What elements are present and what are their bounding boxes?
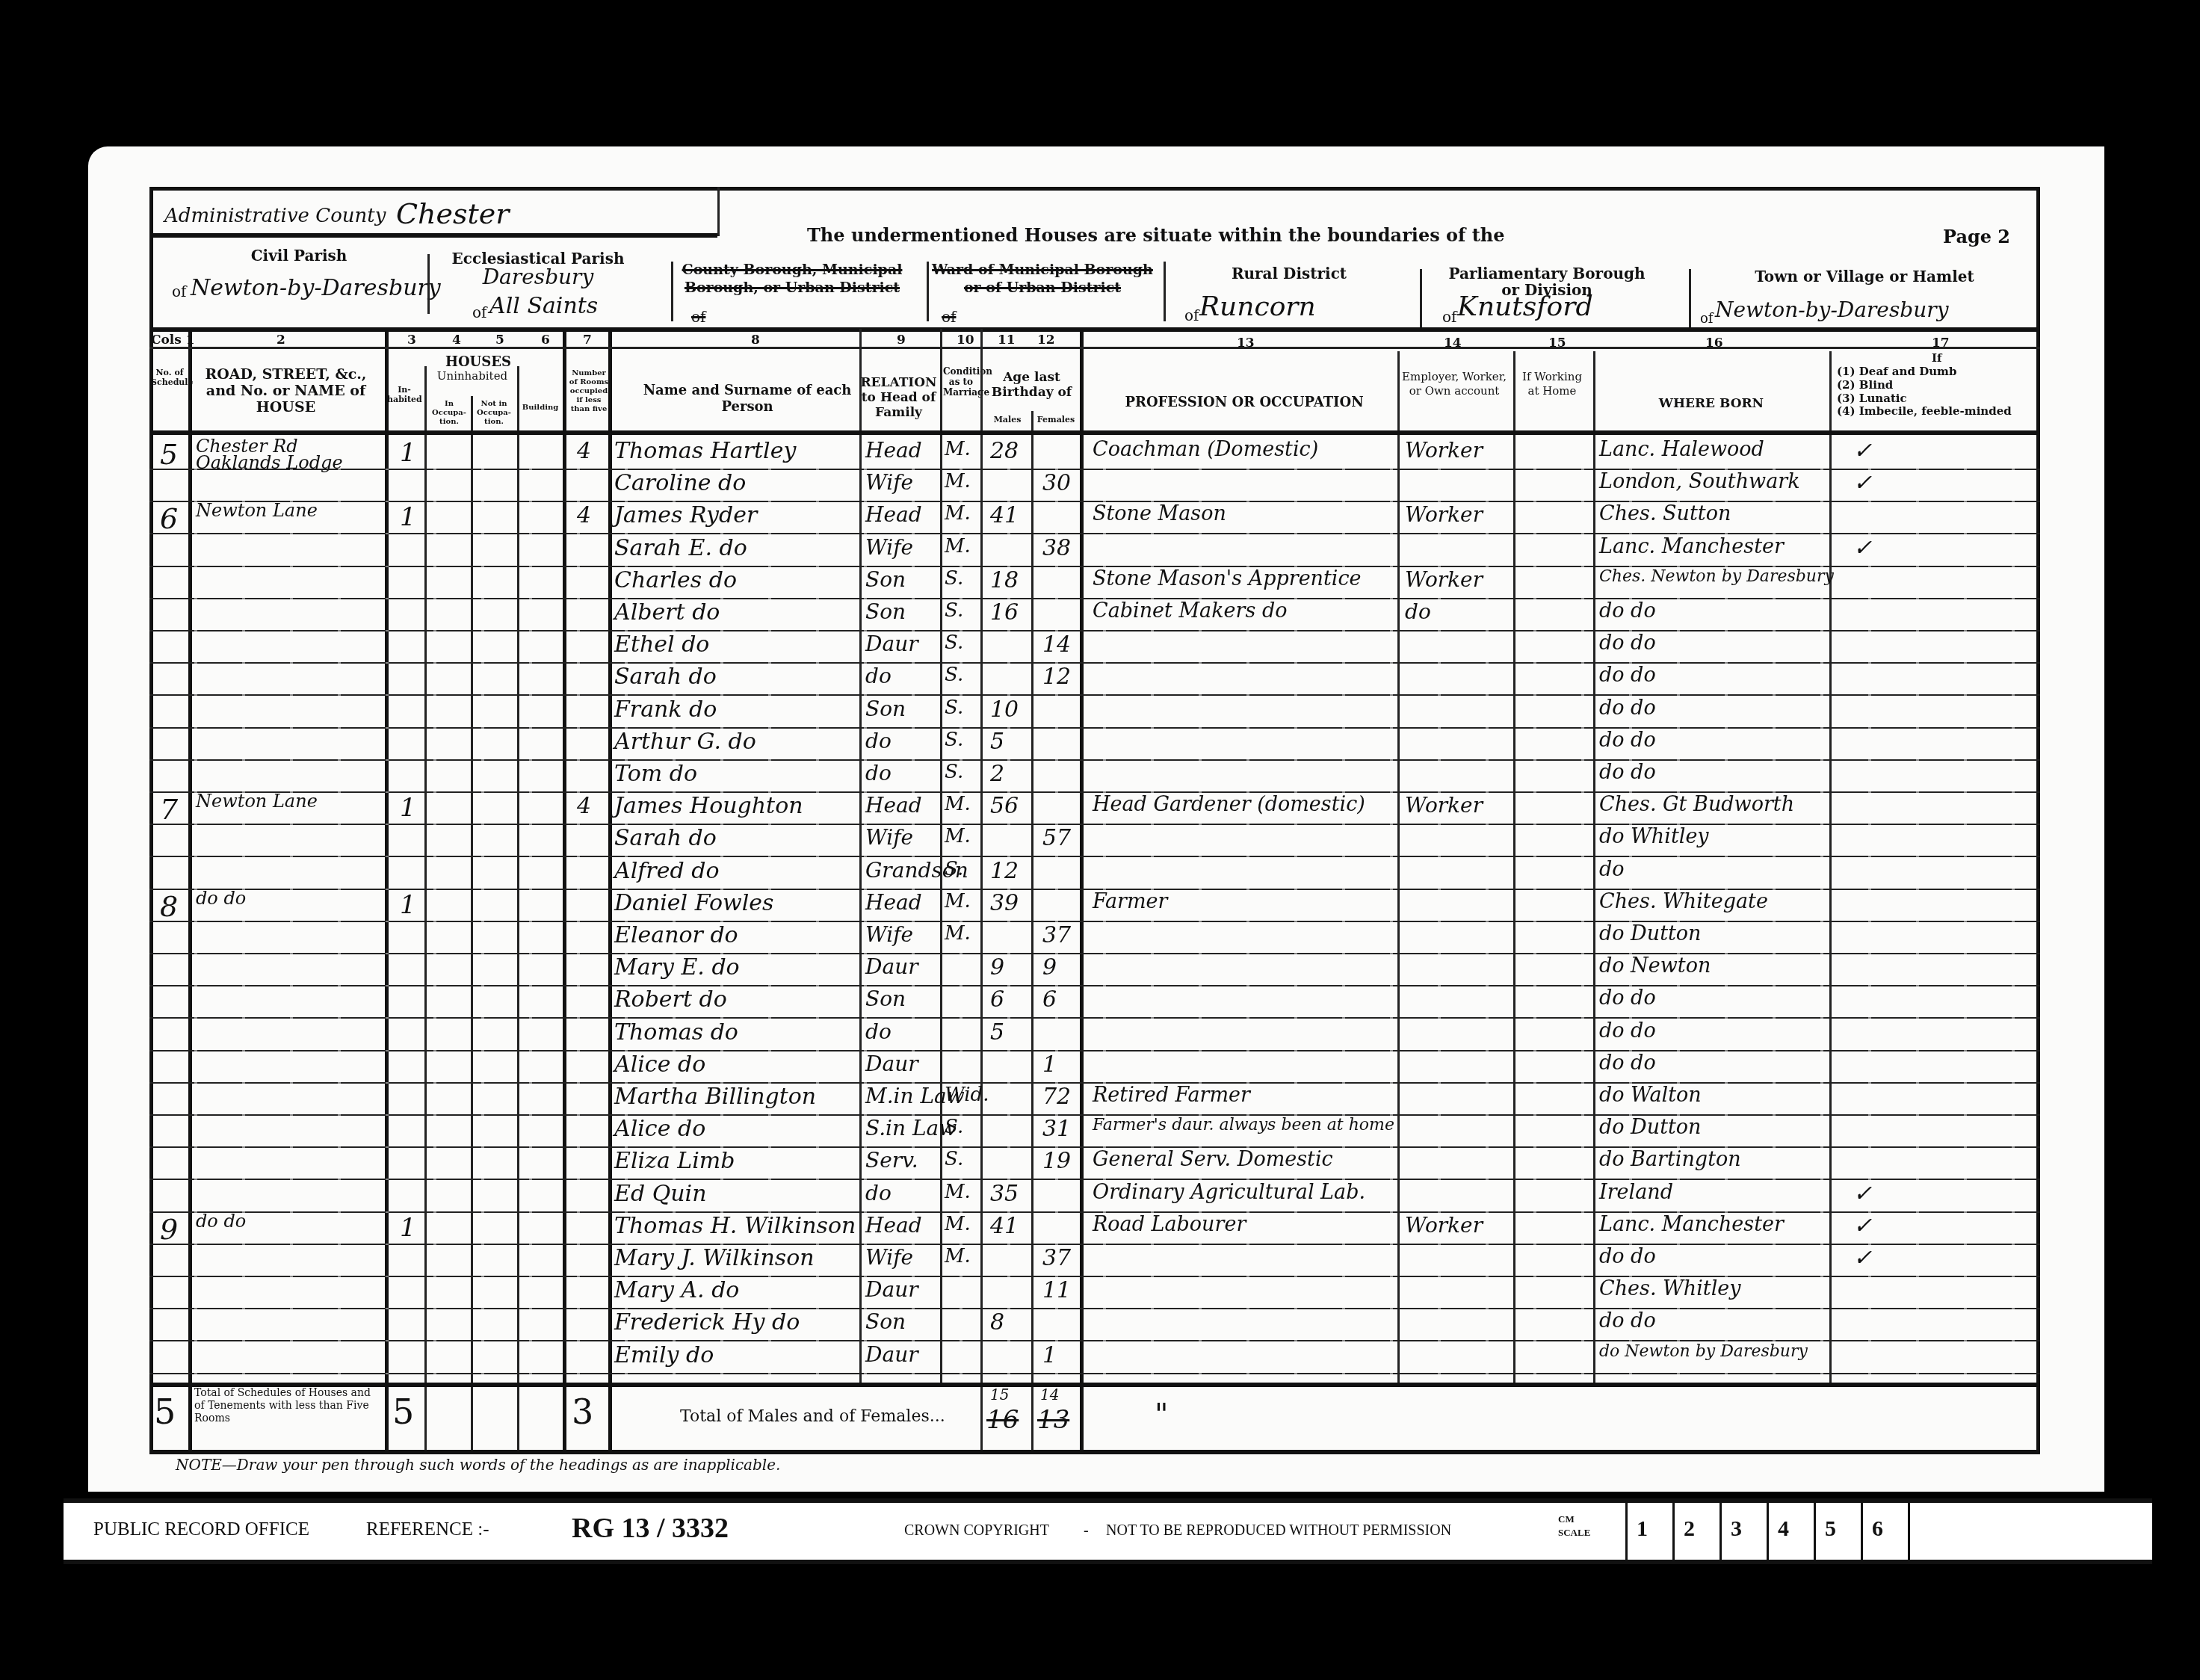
- employment-status: Worker: [1405, 438, 1483, 463]
- header-rooms: Number of Rooms occupied if less than fi…: [566, 369, 611, 414]
- total-rooms: 3: [572, 1392, 593, 1432]
- county-borough-label-2: Borough, or Urban District: [673, 280, 912, 296]
- relation: do: [865, 1181, 892, 1205]
- marital-condition: S.: [945, 697, 963, 719]
- header-employer: Employer, Worker, or Own account: [1399, 370, 1510, 398]
- header-infirmity-4: (4) Imbecile, feeble-minded: [1837, 405, 2016, 418]
- schedule-number: 8: [160, 890, 178, 923]
- person-name: Frank do: [614, 697, 717, 723]
- header-where-born: WHERE BORN: [1595, 396, 1827, 411]
- census-row: 6Newton Lane14James RyderHeadM.41Stone M…: [149, 499, 2040, 534]
- archive-footer: PUBLIC RECORD OFFICE REFERENCE :- RG 13 …: [64, 1498, 2152, 1564]
- female-age: 31: [1042, 1116, 1071, 1142]
- marital-condition: S.: [945, 761, 963, 783]
- of-label: of: [942, 308, 956, 326]
- census-form: Administrative County Chester The underm…: [149, 187, 2040, 1465]
- marital-condition: M.: [945, 1181, 971, 1203]
- page-number: Page 2: [1943, 226, 2010, 247]
- occupation: Farmer's daur. always been at home: [1093, 1116, 1394, 1134]
- birthplace: Ireland: [1599, 1181, 1673, 1204]
- birthplace: Ches. Gt Budworth: [1599, 793, 1794, 816]
- schedule-number: 9: [160, 1213, 178, 1246]
- marital-condition: M.: [945, 438, 971, 460]
- relation: Head: [865, 1213, 922, 1238]
- header-building: Building: [519, 404, 562, 412]
- relation: do: [865, 664, 892, 688]
- occupation: Stone Mason: [1093, 502, 1226, 525]
- occupation: Head Gardener (domestic): [1093, 793, 1365, 816]
- road-name: do do: [196, 890, 383, 907]
- col-num: 11: [998, 333, 1016, 348]
- of-label: of: [1700, 311, 1714, 327]
- birthplace: do do: [1599, 1051, 1656, 1075]
- female-age: 37: [1042, 1245, 1071, 1271]
- male-age: 39: [990, 890, 1019, 916]
- total-males: 15: [990, 1386, 1009, 1403]
- of-label: of: [172, 282, 186, 300]
- census-row: Sarah doWifeM.57do Whitley: [149, 822, 2040, 857]
- marital-condition: M.: [945, 502, 971, 525]
- census-row: Mary J. WilkinsonWifeM.37do do✓: [149, 1242, 2040, 1277]
- cm-scale-mark: 4: [1767, 1503, 1814, 1560]
- occupation: General Serv. Domestic: [1093, 1148, 1333, 1171]
- female-age: 1: [1042, 1051, 1057, 1078]
- divider: [1689, 269, 1691, 329]
- col-num: 6: [541, 333, 550, 348]
- birthplace: do do: [1599, 1309, 1656, 1332]
- rooms-count: 4: [577, 438, 591, 464]
- relation: Wife: [865, 470, 913, 495]
- female-age: 57: [1042, 825, 1071, 851]
- inhabited-count: 1: [400, 890, 416, 920]
- total-males-struck: 16: [986, 1405, 1019, 1435]
- header-working-home: If Working at Home: [1515, 370, 1589, 398]
- census-row: Alice doDaur1do do: [149, 1049, 2040, 1084]
- ward-label-1: Ward of Municipal Borough: [927, 262, 1158, 278]
- relation: Head: [865, 502, 922, 527]
- person-name: Thomas Hartley: [614, 438, 796, 464]
- header-uninhabited: Uninhabited: [427, 369, 517, 383]
- header-inhabited: In-habited: [387, 385, 421, 404]
- birthplace: do do: [1599, 664, 1656, 687]
- census-row: 8do do1Daniel FowlesHeadM.39FarmerChes. …: [149, 887, 2040, 922]
- relation: Head: [865, 890, 922, 915]
- header-age: Age last Birthday of: [985, 370, 1078, 400]
- birthplace: do Dutton: [1599, 922, 1702, 945]
- row-rule: [149, 1373, 2040, 1374]
- male-age: 10: [990, 697, 1019, 723]
- header-name: Name and Surname of each Person: [643, 383, 852, 416]
- relation: Daur: [865, 1342, 918, 1367]
- col-num: 5: [495, 333, 504, 348]
- census-row: 5Chester Rd Oaklands Lodge14Thomas Hartl…: [149, 435, 2040, 470]
- employment-status: do: [1405, 599, 1431, 624]
- header-condition: Condition as to Marriage: [943, 366, 979, 398]
- birthplace: Lanc. Manchester: [1599, 1213, 1784, 1236]
- relation: Wife: [865, 1245, 913, 1270]
- col-num: 10: [957, 333, 974, 348]
- col-num: 9: [897, 333, 906, 348]
- divider: [149, 233, 717, 238]
- occupation: Cabinet Makers do: [1093, 599, 1287, 623]
- marital-condition: M.: [945, 793, 971, 815]
- cm-scale-end: [1908, 1503, 1919, 1560]
- female-age: 38: [1042, 535, 1071, 561]
- person-name: Mary E. do: [614, 954, 740, 980]
- occupation: Coachman (Domestic): [1093, 438, 1318, 461]
- civil-parish-value: Newton-by-Daresbury: [191, 275, 441, 301]
- marital-condition: M.: [945, 470, 971, 492]
- birthplace: do do: [1599, 1245, 1656, 1268]
- rural-district-label: Rural District: [1166, 265, 1412, 282]
- divider: [149, 1383, 2040, 1387]
- person-name: James Ryder: [614, 502, 757, 528]
- birthplace: do Walton: [1599, 1084, 1702, 1107]
- total-schedules: 5: [154, 1392, 176, 1432]
- census-row: 9do do1Thomas H. WilkinsonHeadM.41Road L…: [149, 1210, 2040, 1245]
- employment-status: Worker: [1405, 567, 1483, 592]
- cm-scale-mark: 5: [1814, 1503, 1861, 1560]
- census-row: Martha BillingtonM.in LawWid.72Retired F…: [149, 1081, 2040, 1116]
- census-row: Ed QuindoM.35Ordinary Agricultural Lab.I…: [149, 1178, 2040, 1213]
- note: NOTE—Draw your pen through such words of…: [176, 1456, 780, 1474]
- person-name: Alfred do: [614, 858, 719, 884]
- col-num: 3: [407, 333, 416, 348]
- female-age: 6: [1042, 986, 1057, 1013]
- divider: [717, 187, 720, 236]
- permission-notice: NOT TO BE REPRODUCED WITHOUT PERMISSION: [1106, 1522, 1451, 1540]
- census-row: Caroline doWifeM.30London, Southwark✓: [149, 467, 2040, 502]
- divider: [149, 347, 2040, 349]
- person-name: Charles do: [614, 567, 737, 593]
- birthplace: do Newton: [1599, 954, 1711, 978]
- birthplace: Ches. Whitley: [1599, 1277, 1741, 1300]
- schedule-number: 6: [160, 502, 178, 535]
- parliamentary-label: Parliamentary Borough: [1448, 265, 1645, 282]
- female-age: 37: [1042, 922, 1071, 948]
- col-num: 8: [751, 333, 760, 348]
- male-age: 2: [990, 761, 1004, 787]
- marital-condition: S.: [945, 1148, 963, 1170]
- marital-condition: S.: [945, 858, 963, 880]
- total-houses-inhabited: 5: [392, 1392, 414, 1432]
- census-row: Sarah dodoS.12do do: [149, 661, 2040, 696]
- relation: Daur: [865, 1277, 918, 1302]
- census-row: Albert doSonS.16Cabinet Makers dododo do: [149, 596, 2040, 631]
- birthplace: do do: [1599, 697, 1656, 720]
- of-label: of: [1442, 308, 1456, 326]
- schedule-number: 5: [160, 438, 178, 471]
- census-row: Alfred doGrandsonS.12do: [149, 855, 2040, 890]
- relation: Son: [865, 697, 906, 721]
- infirmity-mark: ✓: [1853, 535, 1872, 561]
- parliamentary-value: Knutsford: [1457, 291, 1592, 322]
- divider: [149, 327, 2040, 332]
- census-row: Tom dodoS.2do do: [149, 758, 2040, 793]
- male-age: 41: [990, 1213, 1019, 1239]
- male-age: 41: [990, 502, 1019, 528]
- employment-status: Worker: [1405, 1213, 1483, 1238]
- rural-district-value: Runcorn: [1199, 291, 1316, 322]
- relation: do: [865, 729, 892, 753]
- census-row: Eliza LimbServ.S.19General Serv. Domesti…: [149, 1145, 2040, 1180]
- header-schedule: No. of Schedule: [151, 368, 188, 387]
- reference-label: REFERENCE :-: [366, 1519, 489, 1540]
- header-occupation: PROFESSION OR OCCUPATION: [1087, 395, 1401, 410]
- infirmity-mark: ✓: [1853, 1181, 1872, 1207]
- relation: Daur: [865, 1051, 918, 1076]
- person-name: Sarah E. do: [614, 535, 747, 561]
- birthplace: do do: [1599, 729, 1656, 752]
- person-name: Thomas H. Wilkinson: [614, 1213, 856, 1239]
- relation: Wife: [865, 825, 913, 850]
- census-row: Ethel doDaurS.14do do: [149, 629, 2040, 664]
- town-value: Newton-by-Daresbury: [1715, 297, 1948, 322]
- female-age: 19: [1042, 1148, 1071, 1174]
- header-not-in-occupation: Not in Occupa-tion.: [472, 400, 516, 427]
- separator: -: [1084, 1522, 1089, 1540]
- total-persons-label: Total of Males and of Females...: [680, 1407, 945, 1426]
- infirmity-mark: ✓: [1853, 1213, 1872, 1239]
- header-road: ROAD, STREET, &c., and No. or NAME of HO…: [194, 366, 377, 416]
- relation: do: [865, 1019, 892, 1044]
- person-name: Arthur G. do: [614, 729, 756, 755]
- census-row: Frederick Hy doSon8do do: [149, 1306, 2040, 1341]
- person-name: Sarah do: [614, 664, 717, 690]
- male-age: 5: [990, 729, 1004, 755]
- marital-condition: S.: [945, 599, 963, 622]
- marital-condition: M.: [945, 825, 971, 847]
- birthplace: Ches. Newton by Daresbury: [1599, 567, 1834, 586]
- ecclesiastical-parish-value-2: All Saints: [489, 293, 598, 319]
- header-infirmity-1: (1) Deaf and Dumb: [1837, 365, 1956, 378]
- crown-copyright: CROWN COPYRIGHT: [904, 1522, 1049, 1540]
- person-name: Ed Quin: [614, 1181, 706, 1207]
- marital-condition: M.: [945, 535, 971, 558]
- header-relation: RELATION to Head of Family: [859, 375, 938, 420]
- of-label: of: [472, 303, 486, 321]
- person-name: Eleanor do: [614, 922, 738, 948]
- relation: Wife: [865, 535, 913, 560]
- birthplace: Lanc. Manchester: [1599, 535, 1784, 558]
- birthplace: do do: [1599, 761, 1656, 784]
- infirmity-mark: ✓: [1853, 438, 1872, 464]
- occupation: Farmer: [1093, 890, 1167, 913]
- occupation: Road Labourer: [1093, 1213, 1246, 1236]
- person-name: Tom do: [614, 761, 697, 787]
- cm-scale-mark: 1: [1625, 1503, 1672, 1560]
- male-age: 16: [990, 599, 1019, 626]
- rooms-count: 4: [577, 502, 591, 528]
- inhabited-count: 1: [400, 438, 416, 468]
- total-females: 14: [1040, 1386, 1059, 1403]
- civil-parish-label: Civil Parish: [194, 247, 404, 265]
- birthplace: do Newton by Daresbury: [1599, 1342, 1808, 1361]
- male-age: 5: [990, 1019, 1004, 1046]
- header-males: Males: [985, 415, 1030, 424]
- person-name: Daniel Fowles: [614, 890, 773, 916]
- male-age: 12: [990, 858, 1019, 884]
- census-row: Frank doSonS.10do do: [149, 694, 2040, 729]
- header-infirmity-3: (3) Lunatic: [1837, 392, 1907, 405]
- cm-scale-label-1: CM: [1558, 1513, 1575, 1525]
- road-name: do do: [196, 1213, 383, 1229]
- person-name: Emily do: [614, 1342, 714, 1368]
- relation: Son: [865, 599, 906, 624]
- occupation: Stone Mason's Apprentice: [1093, 567, 1362, 590]
- birthplace: Ches. Sutton: [1599, 502, 1731, 525]
- birthplace: do do: [1599, 1019, 1656, 1043]
- marital-condition: S.: [945, 664, 963, 686]
- total-females-struck: 13: [1037, 1405, 1069, 1435]
- female-age: 72: [1042, 1084, 1071, 1110]
- female-age: 30: [1042, 470, 1071, 496]
- birthplace: do do: [1599, 599, 1656, 623]
- relation: Son: [865, 986, 906, 1011]
- of-label: of: [691, 308, 705, 326]
- ditto-mark: ": [1155, 1398, 1168, 1432]
- rooms-count: 4: [577, 793, 591, 819]
- admin-county-value: Chester: [396, 197, 509, 230]
- infirmity-mark: ✓: [1853, 470, 1872, 496]
- person-name: Frederick Hy do: [614, 1309, 800, 1335]
- employment-status: Worker: [1405, 502, 1483, 527]
- marital-condition: S.: [945, 1116, 963, 1138]
- col-num: 2: [276, 333, 285, 348]
- divider: [1420, 269, 1422, 329]
- of-label: of: [1184, 306, 1199, 324]
- census-row: Alice doS.in LawS.31Farmer's daur. alway…: [149, 1113, 2040, 1148]
- person-name: Ethel do: [614, 631, 709, 658]
- census-row: 7Newton Lane14James HoughtonHeadM.56Head…: [149, 790, 2040, 825]
- birthplace: do Whitley: [1599, 825, 1709, 848]
- occupation: Ordinary Agricultural Lab.: [1093, 1181, 1365, 1204]
- col-num: 12: [1037, 333, 1055, 348]
- inhabited-count: 1: [400, 793, 416, 823]
- county-borough-label-1: County Borough, Municipal: [673, 262, 912, 278]
- person-name: James Houghton: [614, 793, 803, 819]
- parliamentary-label-1: Parliamentary Borough: [1424, 265, 1670, 282]
- birthplace: Ches. Whitegate: [1599, 890, 1768, 913]
- male-age: 56: [990, 793, 1019, 819]
- infirmity-mark: ✓: [1853, 1245, 1872, 1271]
- person-name: Eliza Limb: [614, 1148, 735, 1174]
- cm-scale-label-2: SCALE: [1558, 1527, 1590, 1539]
- relation: do: [865, 761, 892, 785]
- census-row: Mary A. doDaur11Ches. Whitley: [149, 1274, 2040, 1309]
- relation: Wife: [865, 922, 913, 947]
- occupation: Retired Farmer: [1093, 1084, 1250, 1107]
- marital-condition: S.: [945, 631, 963, 654]
- person-name: Alice do: [614, 1051, 705, 1078]
- male-age: 35: [990, 1181, 1019, 1207]
- header-in-occupation: In Occupa-tion.: [427, 400, 471, 427]
- census-row: Arthur G. dodoS.5do do: [149, 726, 2040, 761]
- col-num: 4: [452, 333, 461, 348]
- census-row: Charles doSonS.18Stone Mason's Apprentic…: [149, 564, 2040, 599]
- person-name: Sarah do: [614, 825, 717, 851]
- marital-condition: M.: [945, 890, 971, 912]
- ward-label-2: or of Urban District: [927, 280, 1158, 296]
- birthplace: London, Southwark: [1599, 470, 1800, 493]
- person-name: Robert do: [614, 986, 727, 1013]
- person-name: Caroline do: [614, 470, 746, 496]
- male-age: 6: [990, 986, 1004, 1013]
- header-houses: HOUSES: [389, 354, 568, 370]
- inhabited-count: 1: [400, 502, 416, 532]
- relation: Head: [865, 438, 922, 463]
- male-age: 18: [990, 567, 1019, 593]
- cm-scale-mark: 6: [1861, 1503, 1908, 1560]
- female-age: 14: [1042, 631, 1071, 658]
- header-infirmity-2: (2) Blind: [1837, 378, 1893, 392]
- person-name: Albert do: [614, 599, 720, 626]
- col-num: 7: [583, 333, 592, 348]
- birthplace: do do: [1599, 631, 1656, 655]
- reference-value: RG 13 / 3332: [572, 1512, 729, 1545]
- female-age: 9: [1042, 954, 1057, 980]
- relation: Serv.: [865, 1148, 918, 1173]
- birthplace: do Bartington: [1599, 1148, 1741, 1171]
- relation: S.in Law: [865, 1116, 957, 1140]
- person-name: Alice do: [614, 1116, 705, 1142]
- marital-condition: S.: [945, 567, 963, 590]
- person-name: Mary A. do: [614, 1277, 739, 1303]
- female-age: 12: [1042, 664, 1071, 690]
- female-age: 1: [1042, 1342, 1057, 1368]
- admin-county-label: Administrative County: [164, 205, 386, 227]
- cm-scale-mark: 3: [1719, 1503, 1767, 1560]
- divider: [427, 254, 430, 314]
- header-infirmity-if: If: [1932, 351, 1941, 365]
- marital-condition: S.: [945, 729, 963, 751]
- person-name: Mary J. Wilkinson: [614, 1245, 815, 1271]
- schedule-number: 7: [160, 793, 178, 826]
- relation: Daur: [865, 954, 918, 979]
- birthplace: do Dutton: [1599, 1116, 1702, 1139]
- header-females: Females: [1033, 415, 1078, 424]
- person-name: Martha Billington: [614, 1084, 816, 1110]
- census-row: Sarah E. doWifeM.38Lanc. Manchester✓: [149, 532, 2040, 567]
- inhabited-count: 1: [400, 1213, 416, 1243]
- marital-condition: M.: [945, 1245, 971, 1267]
- census-row: Emily doDaur1do Newton by Daresbury: [149, 1339, 2040, 1374]
- employment-status: Worker: [1405, 793, 1483, 818]
- ecclesiastical-parish-value-1: Daresbury: [448, 265, 628, 289]
- marital-condition: M.: [945, 1213, 971, 1235]
- birthplace: do do: [1599, 986, 1656, 1010]
- divider: [149, 1450, 2040, 1454]
- road-name: Newton Lane: [196, 502, 383, 519]
- male-age: 9: [990, 954, 1004, 980]
- marital-condition: M.: [945, 922, 971, 945]
- relation: Daur: [865, 631, 918, 656]
- public-record-office: PUBLIC RECORD OFFICE: [93, 1519, 309, 1540]
- census-row: Mary E. doDaur99do Newton: [149, 951, 2040, 986]
- boundaries-text: The undermentioned Houses are situate wi…: [807, 224, 1505, 246]
- town-label: Town or Village or Hamlet: [1693, 268, 2036, 285]
- cm-scale-mark: 2: [1672, 1503, 1719, 1560]
- total-schedules-label: Total of Schedules of Houses and of Tene…: [194, 1387, 374, 1425]
- person-name: Thomas do: [614, 1019, 738, 1046]
- female-age: 11: [1042, 1277, 1071, 1303]
- marital-condition: Wid.: [945, 1084, 989, 1106]
- birthplace: Lanc. Halewood: [1599, 438, 1764, 461]
- birthplace: do: [1599, 858, 1625, 881]
- road-name: Chester Rd Oaklands Lodge: [196, 438, 383, 471]
- road-name: Newton Lane: [196, 793, 383, 809]
- relation: Son: [865, 567, 906, 592]
